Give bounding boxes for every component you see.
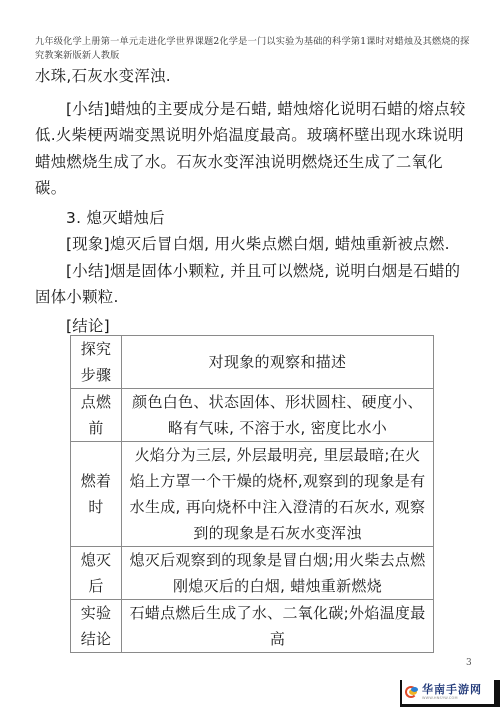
watermark-text: 华南手游网 WWW.HNSYW.COM <box>422 684 482 701</box>
table-header-step: 探究 步骤 <box>71 336 122 389</box>
table-row: 燃着 时 火焰分为三层, 外层最明亮, 里层最暗;在火焰上方罩一个干燥的烧杯,观… <box>71 442 434 547</box>
section-heading-extinguish: 3. 熄灭蜡烛后 <box>35 205 467 232</box>
table-cell-step: 燃着 时 <box>71 442 122 547</box>
document-header: 九年级化学上册第一单元走进化学世界课题2化学是一门以实验为基础的科学第1课时对蜡… <box>35 35 475 63</box>
document-body: 水珠,石灰水变浑浊. [小结]蜡烛的主要成分是石蜡, 蜡烛熔化说明石蜡的熔点较低… <box>35 63 467 339</box>
table-row: 熄灭 后 熄灭后观察到的现象是冒白烟;用火柴去点燃刚熄灭后的白烟, 蜡烛重新燃烧 <box>71 547 434 600</box>
paragraph-phenomenon: [现象]熄灭后冒白烟, 用火柴点燃白烟, 蜡烛重新被点燃. <box>35 231 467 258</box>
table-row: 实验 结论 石蜡点燃后生成了水、二氧化碳;外焰温度最高 <box>71 600 434 653</box>
watermark-title: 华南手游网 <box>422 684 482 696</box>
table-cell-description: 熄灭后观察到的现象是冒白烟;用火柴去点燃刚熄灭后的白烟, 蜡烛重新燃烧 <box>122 547 434 600</box>
table-cell-step: 点燃 前 <box>71 389 122 442</box>
table-header-description: 对现象的观察和描述 <box>122 336 434 389</box>
paragraph-summary-burning: [小结]蜡烛的主要成分是石蜡, 蜡烛熔化说明石蜡的熔点较低.火柴梗两端变黑说明外… <box>35 96 467 202</box>
watermark-logo-icon <box>405 685 419 699</box>
page-number: 3 <box>466 658 472 668</box>
conclusion-table: 探究 步骤 对现象的观察和描述 点燃 前 颜色白色、状态固体、形状圆柱、硬度小、… <box>70 335 434 653</box>
table-header-row: 探究 步骤 对现象的观察和描述 <box>71 336 434 389</box>
table-cell-description: 火焰分为三层, 外层最明亮, 里层最暗;在火焰上方罩一个干燥的烧杯,观察到的现象… <box>122 442 434 547</box>
paragraph-summary-smoke: [小结]烟是固体小颗粒, 并且可以燃烧, 说明白烟是石蜡的固体小颗粒. <box>35 258 467 311</box>
paragraph-continuation: 水珠,石灰水变浑浊. <box>35 63 467 90</box>
table-cell-description: 颜色白色、状态固体、形状圆柱、硬度小、略有气味, 不溶于水, 密度比水小 <box>122 389 434 442</box>
watermark-url: WWW.HNSYW.COM <box>422 696 482 701</box>
table-cell-description: 石蜡点燃后生成了水、二氧化碳;外焰温度最高 <box>122 600 434 653</box>
table-row: 点燃 前 颜色白色、状态固体、形状圆柱、硬度小、略有气味, 不溶于水, 密度比水… <box>71 389 434 442</box>
table-cell-step: 熄灭 后 <box>71 547 122 600</box>
watermark-banner: 华南手游网 WWW.HNSYW.COM <box>400 680 500 707</box>
watermark-badge: 华南手游网 WWW.HNSYW.COM <box>402 680 494 704</box>
table-cell-step: 实验 结论 <box>71 600 122 653</box>
